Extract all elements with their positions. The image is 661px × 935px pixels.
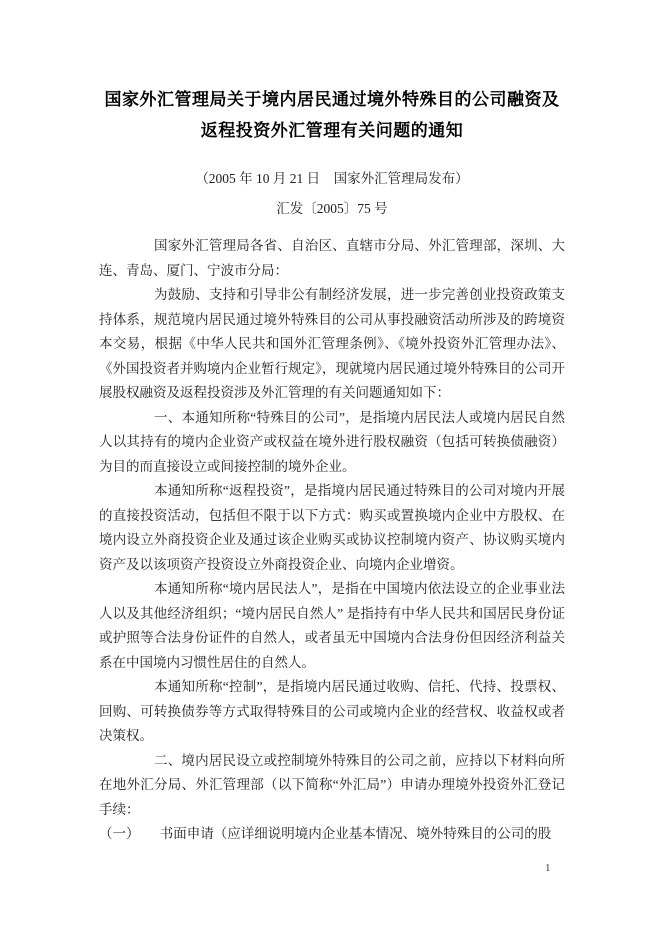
document-number: 汇发〔2005〕75 号 (99, 194, 565, 224)
paragraph-definition-roundtrip-investment: 本通知所称“返程投资”，是指境内居民通过特殊目的公司对境内开展的直接投资活动，包… (99, 479, 565, 577)
document-content: 国家外汇管理局关于境内居民通过境外特殊目的公司融资及返程投资外汇管理有关问题的通… (99, 84, 565, 847)
document-body: 国家外汇管理局各省、自治区、直辖市分局、外汇管理部，深圳、大连、青岛、厦门、宁波… (99, 234, 565, 847)
paragraph-article-2: 二、境内居民设立或控制境外特殊目的公司之前，应持以下材料向所在地外汇分局、外汇管… (99, 749, 565, 823)
document-title: 国家外汇管理局关于境内居民通过境外特殊目的公司融资及返程投资外汇管理有关问题的通… (99, 84, 565, 146)
paragraph-article-1: 一、本通知所称“特殊目的公司”，是指境内居民法人或境内居民自然人以其持有的境内企… (99, 406, 565, 480)
paragraph-definition-domestic-resident: 本通知所称“境内居民法人”，是指在中国境内依法设立的企业事业法人以及其他经济组织… (99, 577, 565, 675)
document-page: 国家外汇管理局关于境内居民通过境外特殊目的公司融资及返程投资外汇管理有关问题的通… (0, 0, 661, 935)
paragraph-recipients: 国家外汇管理局各省、自治区、直辖市分局、外汇管理部，深圳、大连、青岛、厦门、宁波… (99, 234, 565, 283)
publish-date-line: （2005 年 10 月 21 日 国家外汇管理局发布） (99, 164, 565, 194)
page-number-footer: 1 (545, 861, 551, 875)
paragraph-item-1: （一） 书面申请（应详细说明境内企业基本情况、境外特殊目的公司的股 (99, 822, 565, 847)
paragraph-preamble: 为鼓励、支持和引导非公有制经济发展，进一步完善创业投资政策支持体系，规范境内居民… (99, 283, 565, 406)
paragraph-definition-control: 本通知所称“控制”，是指境内居民通过收购、信托、代持、投票权、回购、可转换债券等… (99, 675, 565, 749)
